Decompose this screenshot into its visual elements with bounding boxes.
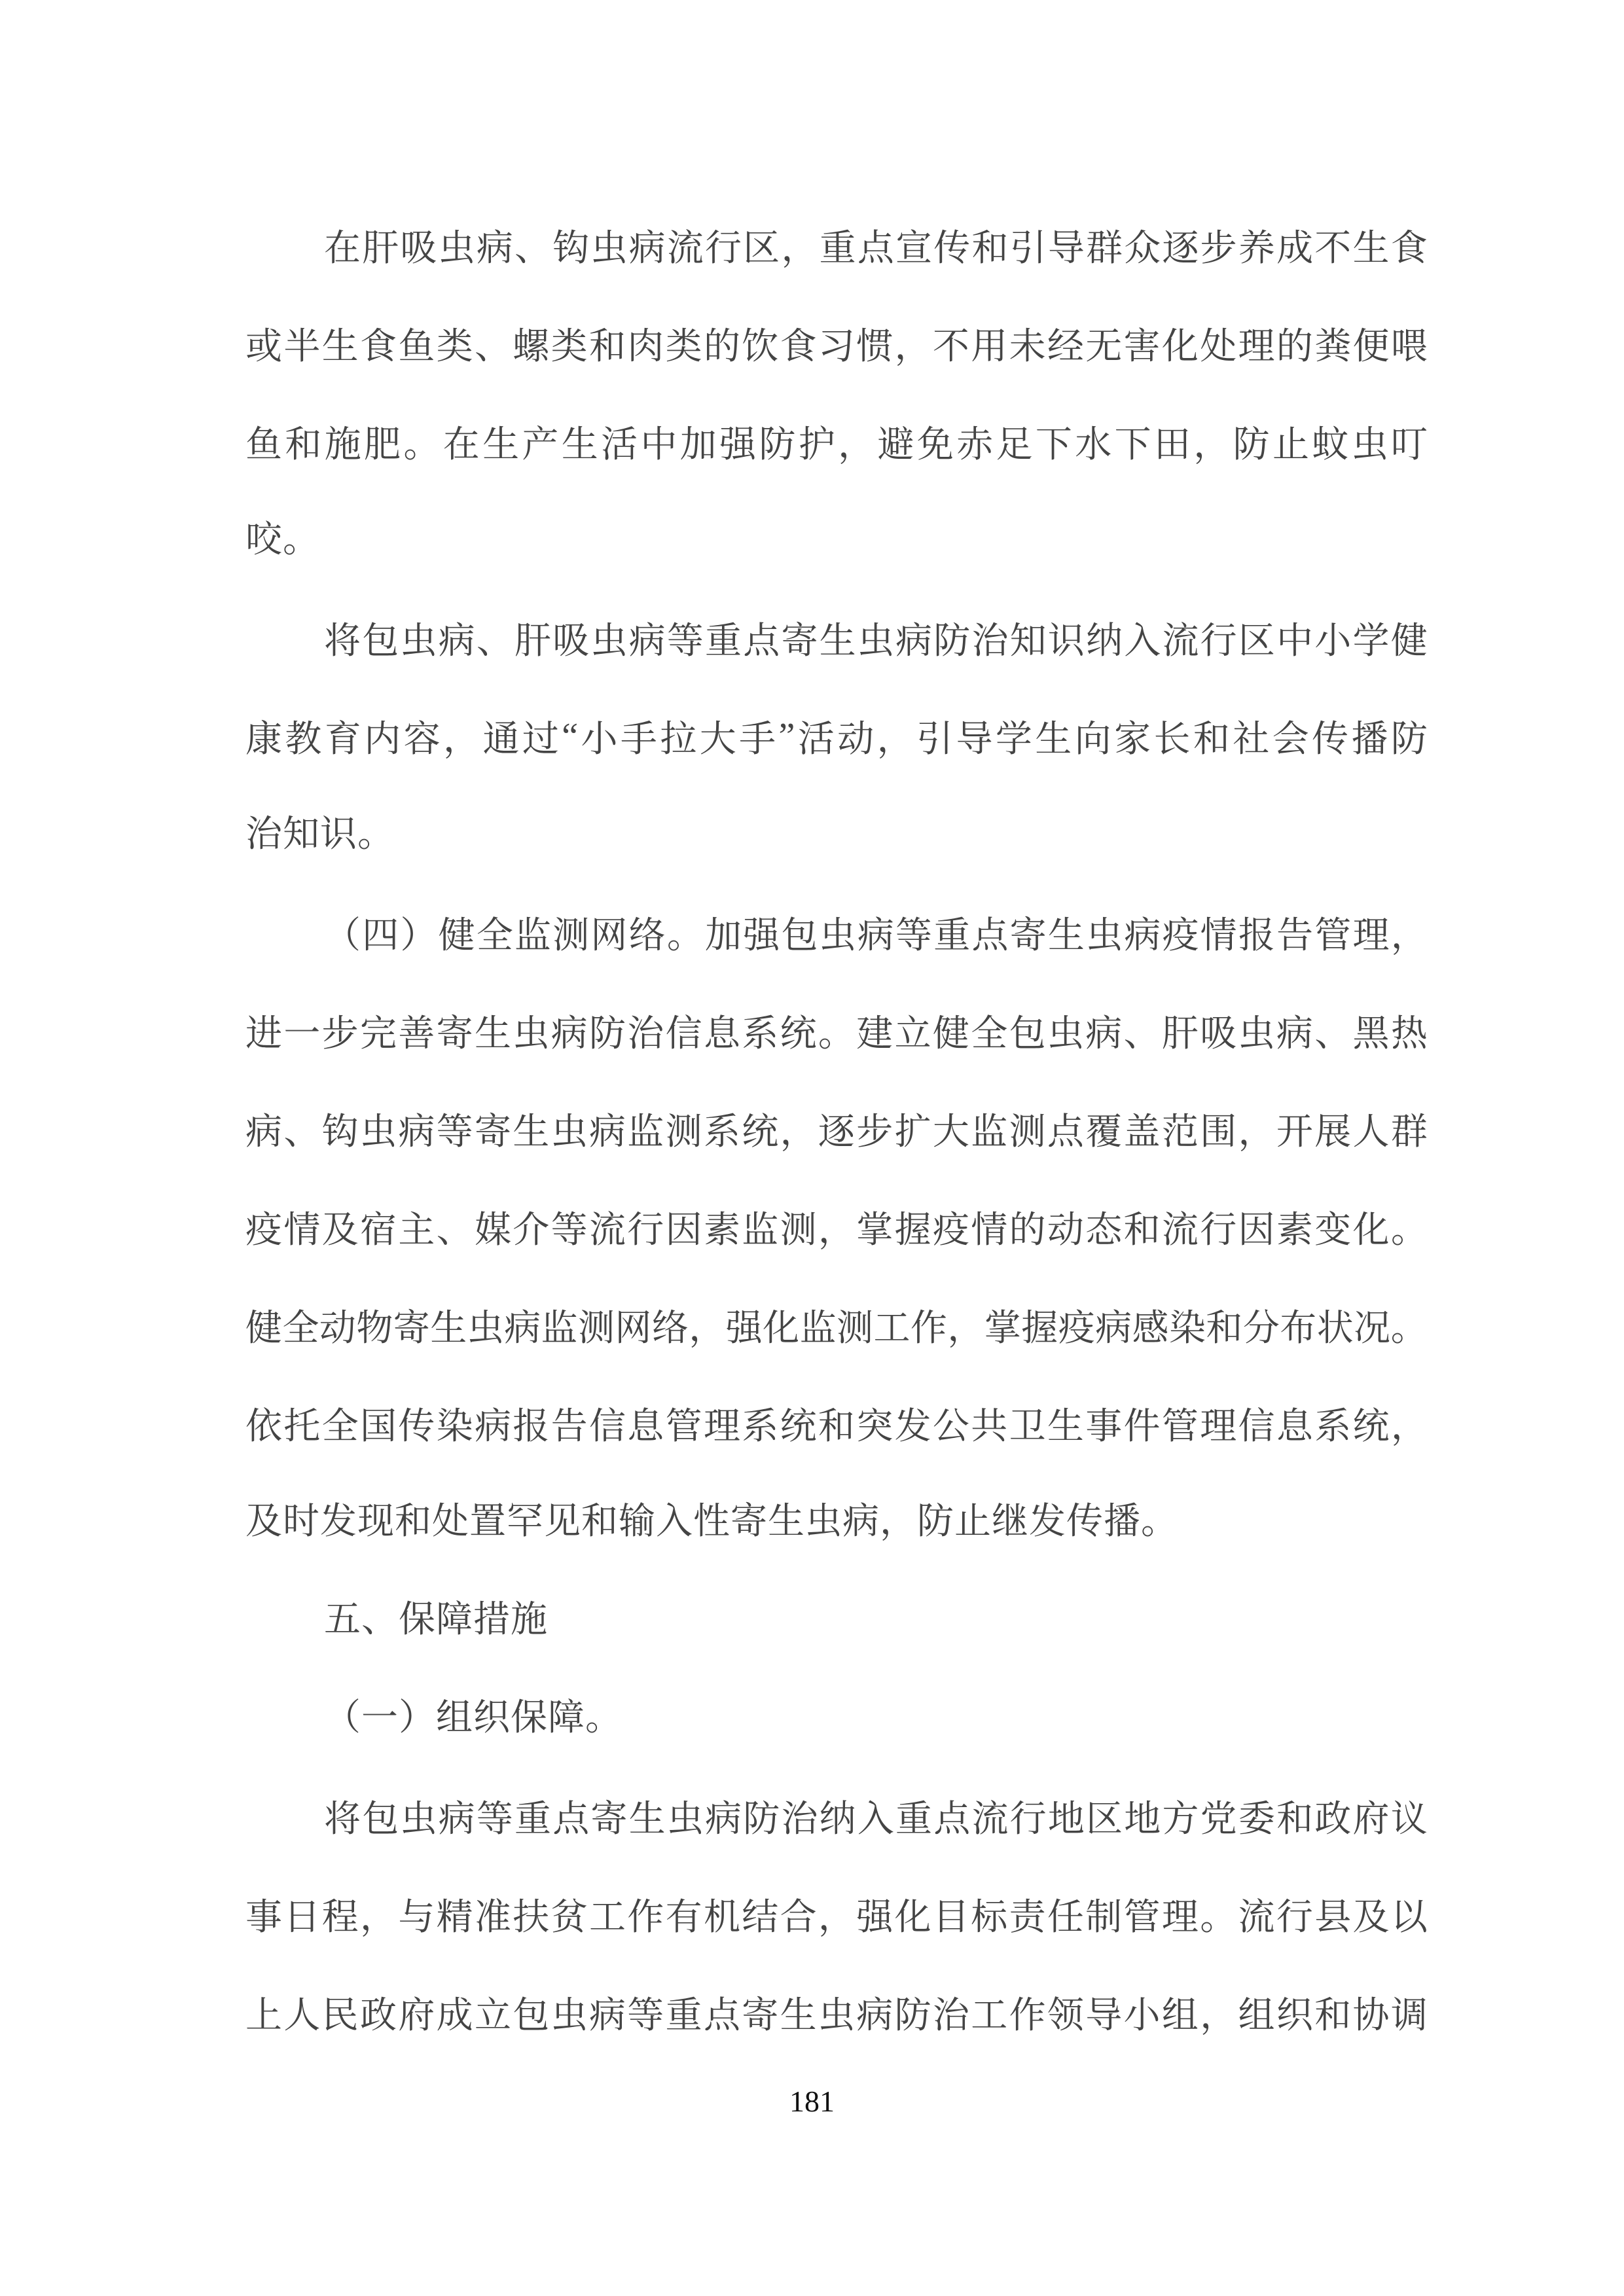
text-line: 治知识。 (245, 785, 1428, 884)
text-line: 咬。 (245, 491, 1428, 589)
text-line: 五、保障措施 (245, 1571, 1428, 1669)
text-line: 及时发现和处置罕见和输入性寄生虫病，防止继发传播。 (245, 1473, 1428, 1571)
text-line: 在肝吸虫病、钩虫病流行区，重点宣传和引导群众逐步养成不生食 (245, 196, 1428, 295)
text-line: 或半生食鱼类、螺类和肉类的饮食习惯，不用未经无害化处理的粪便喂 (245, 295, 1428, 393)
text-line: 将包虫病等重点寄生虫病防治纳入重点流行地区地方党委和政府议 (245, 1767, 1428, 1865)
text-line: 依托全国传染病报告信息管理系统和突发公共卫生事件管理信息系统， (245, 1374, 1428, 1473)
text-line: 病、钩虫病等寄生虫病监测系统，逐步扩大监测点覆盖范围，开展人群 (245, 1080, 1428, 1178)
text-block: 在肝吸虫病、钩虫病流行区，重点宣传和引导群众逐步养成不生食或半生食鱼类、螺类和肉… (245, 196, 1428, 2062)
text-line: 康教育内容，通过“小手拉大手”活动，引导学生向家长和社会传播防 (245, 687, 1428, 785)
text-line: （一）组织保障。 (245, 1669, 1428, 1767)
document-page: 在肝吸虫病、钩虫病流行区，重点宣传和引导群众逐步养成不生食或半生食鱼类、螺类和肉… (0, 0, 1624, 2296)
text-line: 健全动物寄生虫病监测网络，强化监测工作，掌握疫病感染和分布状况。 (245, 1276, 1428, 1374)
text-line: 事日程，与精准扶贫工作有机结合，强化目标责任制管理。流行县及以 (245, 1865, 1428, 1964)
text-line: （四）健全监测网络。加强包虫病等重点寄生虫病疫情报告管理， (245, 884, 1428, 982)
text-line: 疫情及宿主、媒介等流行因素监测，掌握疫情的动态和流行因素变化。 (245, 1178, 1428, 1276)
text-line: 鱼和施肥。在生产生活中加强防护，避免赤足下水下田，防止蚊虫叮 (245, 393, 1428, 491)
text-line: 进一步完善寄生虫病防治信息系统。建立健全包虫病、肝吸虫病、黑热 (245, 982, 1428, 1080)
text-line: 将包虫病、肝吸虫病等重点寄生虫病防治知识纳入流行区中小学健 (245, 589, 1428, 687)
text-line: 上人民政府成立包虫病等重点寄生虫病防治工作领导小组，组织和协调 (245, 1964, 1428, 2062)
page-number: 181 (0, 2085, 1624, 2118)
